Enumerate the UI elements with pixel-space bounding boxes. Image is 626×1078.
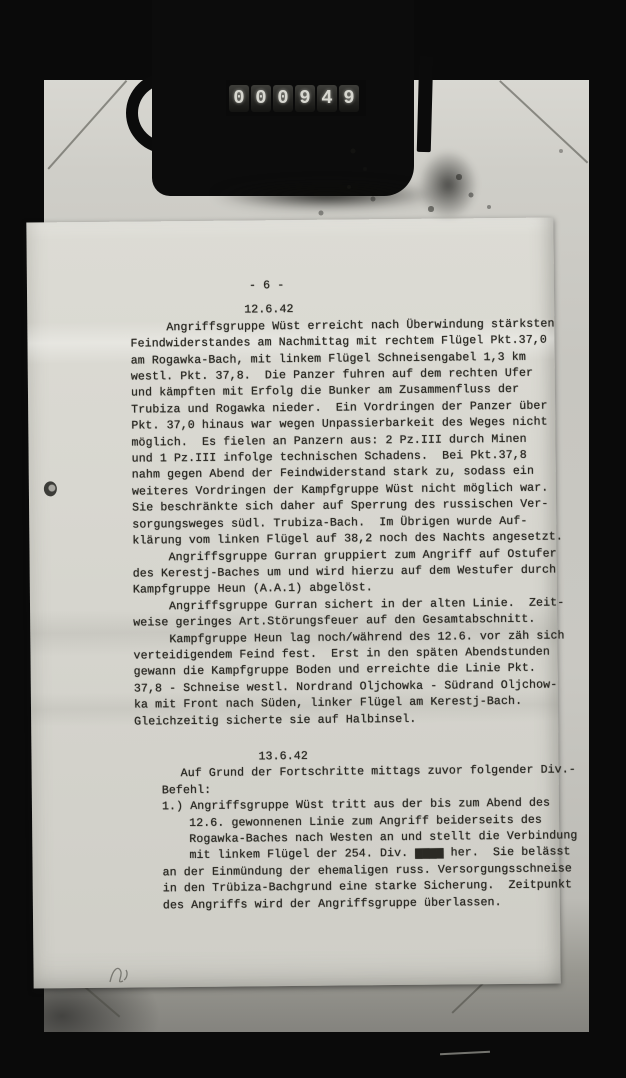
counter-digit: 4 xyxy=(317,85,337,112)
text-line: des Angriffs wird der Angriffsgruppe übe… xyxy=(136,894,566,915)
counter-side-bar xyxy=(417,56,434,152)
mount-corner-line xyxy=(47,80,126,169)
counter-digit: 0 xyxy=(251,85,271,112)
text-line: - 6 - xyxy=(130,275,560,296)
typewritten-text: - 6 -12.6.42Angriffsgruppe Wüst erreicht… xyxy=(130,275,566,914)
hole-punch-mark xyxy=(44,481,57,496)
counter-digit: 9 xyxy=(295,85,315,112)
mount-corner-line xyxy=(499,80,588,163)
scanned-microfilm-frame: - 6 -12.6.42Angriffsgruppe Wüst erreicht… xyxy=(0,0,626,1078)
handwritten-mark xyxy=(104,960,134,990)
counter-digit: 0 xyxy=(229,85,249,112)
counter-digit: 0 xyxy=(273,85,293,112)
dust-specks xyxy=(0,0,2,2)
counter-digit: 9 xyxy=(339,85,359,112)
document-page: - 6 -12.6.42Angriffsgruppe Wüst erreicht… xyxy=(26,217,560,988)
scratch-mark xyxy=(440,1051,490,1056)
counter-digits: 000949 xyxy=(226,80,366,116)
ink-smudge xyxy=(418,150,478,220)
